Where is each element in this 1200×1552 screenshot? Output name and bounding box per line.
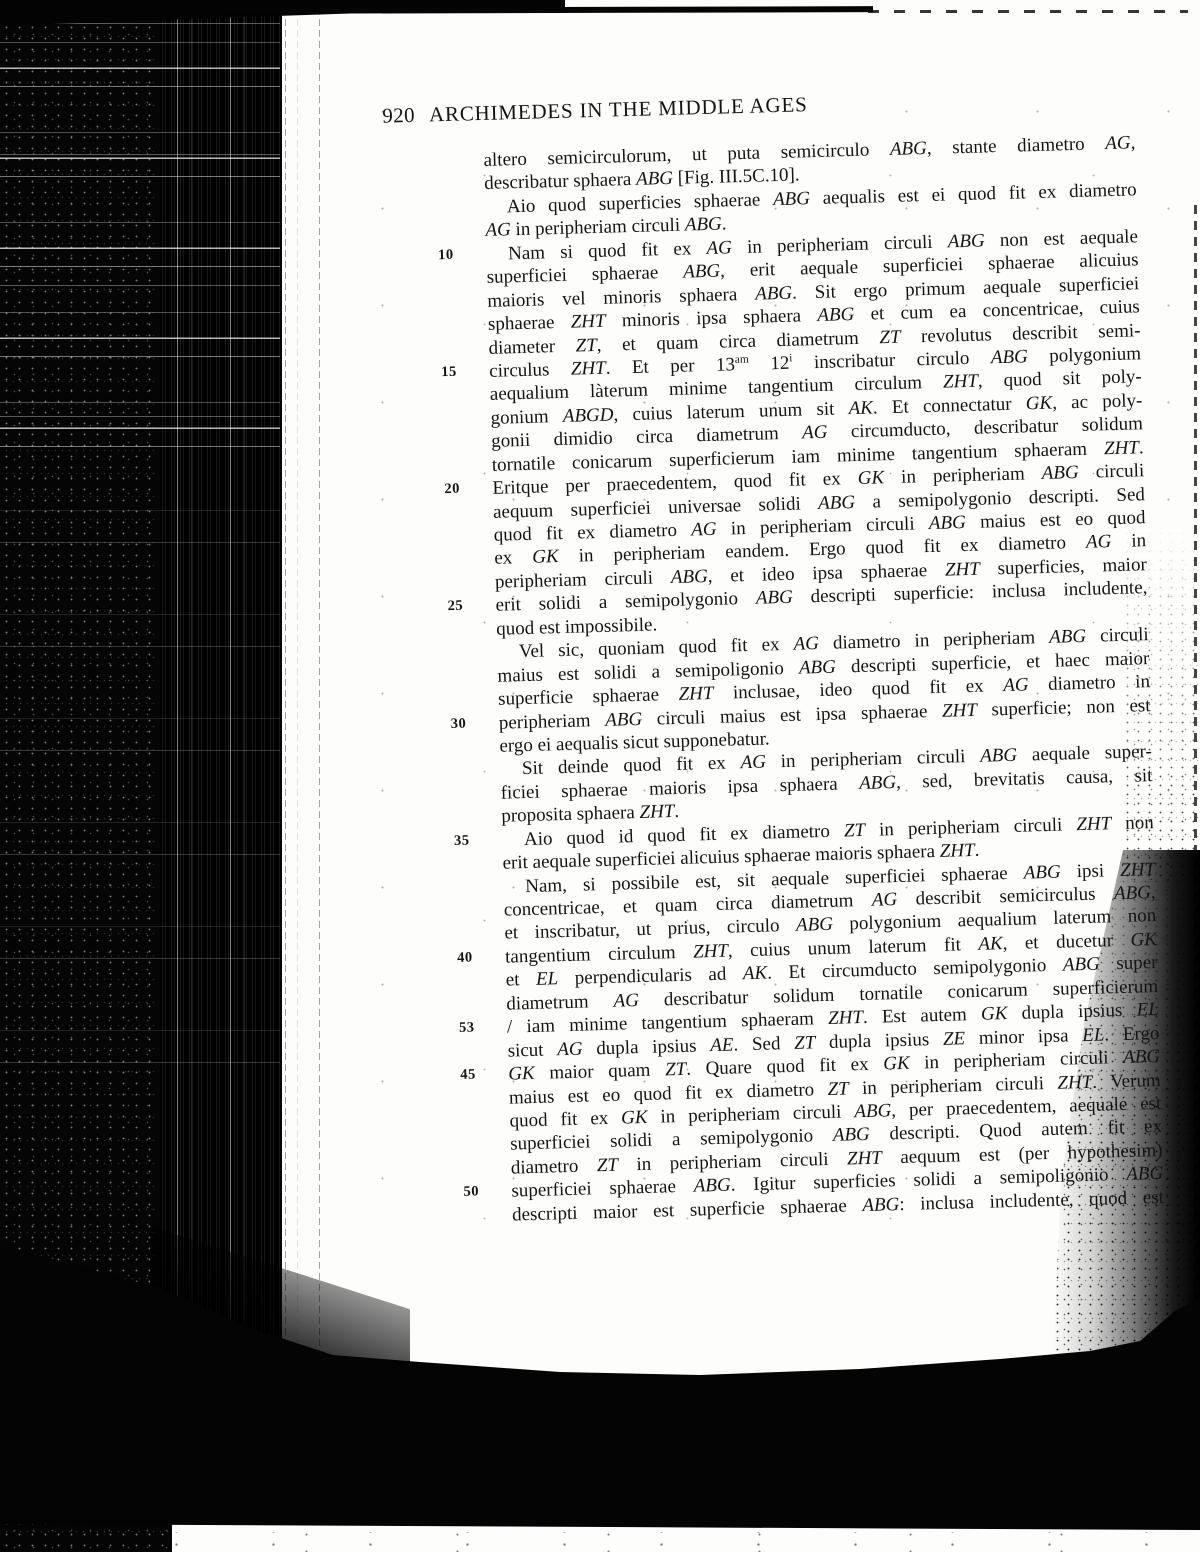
scan-horizontal-streaks-top [0, 0, 280, 470]
scan-bottom-specks [0, 1532, 1200, 1552]
scan-top-edge-line [225, 6, 873, 14]
line-number: 35 [454, 829, 491, 853]
line-number: 45 [460, 1063, 497, 1087]
line-number: 40 [457, 946, 494, 970]
scanned-book-page: 920 ARCHIMEDES IN THE MIDDLE AGES altero… [0, 0, 1200, 1552]
line-number: 15 [441, 360, 478, 384]
scan-horizontal-streaks-mid [0, 460, 280, 1100]
line-number: 20 [444, 477, 481, 501]
text-block: 920 ARCHIMEDES IN THE MIDDLE AGES altero… [370, 83, 1192, 1230]
line-number: 30 [450, 712, 487, 736]
line-number: 10 [438, 243, 475, 267]
line-number: 50 [463, 1180, 500, 1204]
scan-top-edge-dashes [868, 10, 1188, 13]
body-text: altero semicirculorum, ut puta semicircu… [371, 131, 1192, 1230]
line-number: 25 [447, 594, 484, 618]
page-number: 920 [382, 103, 415, 129]
line-number: 53 [459, 1016, 496, 1040]
